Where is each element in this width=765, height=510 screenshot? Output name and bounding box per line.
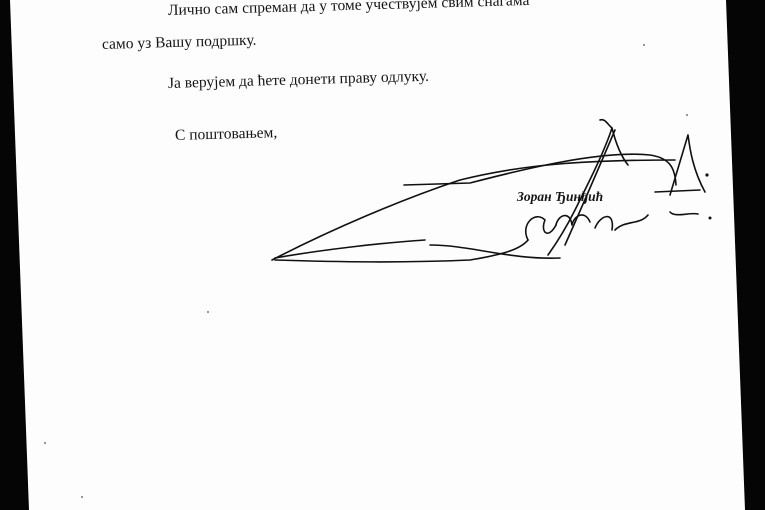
handwritten-signature-icon [0, 0, 765, 510]
paper-speck [44, 442, 46, 444]
document-page: Лично сам спреман да у томе учествујем с… [0, 0, 765, 510]
paper-speck [81, 496, 83, 498]
paper-speck [686, 114, 688, 116]
paper-speck [643, 44, 645, 46]
paper-speck [207, 311, 209, 313]
